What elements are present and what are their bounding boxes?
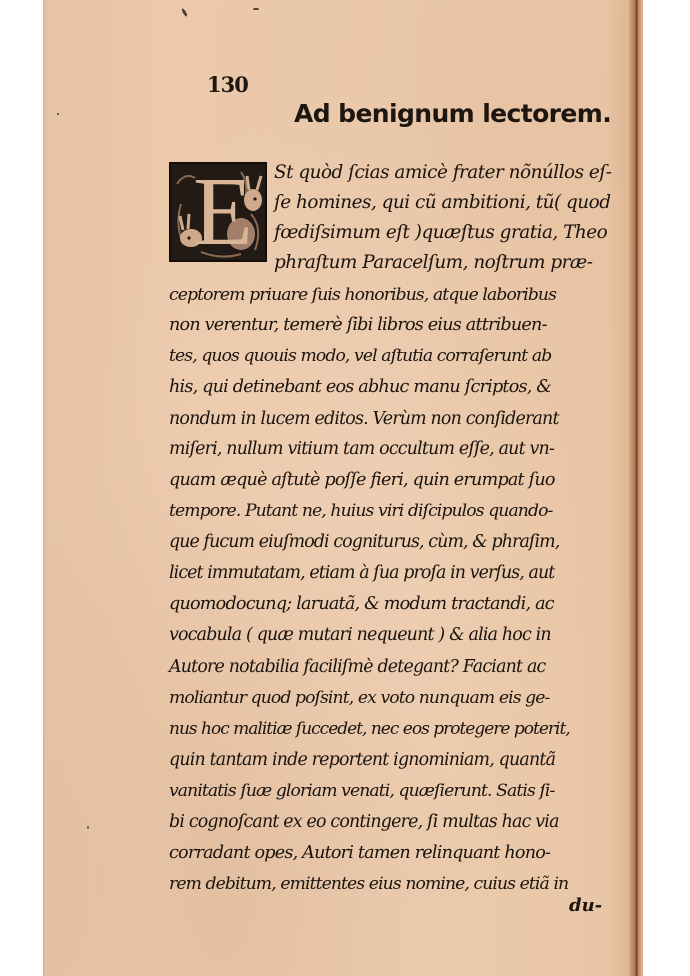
page-heading: Ad benignum lectorem. [294,99,611,128]
text-line: miſeri, nullum vitium tam occultum eſſe,… [169,434,554,464]
text-line: que fucum eiuſmodi cogniturus, cùm, & ph… [169,527,559,557]
scan-viewport: 130 Ad benignum lectorem. E St quòd ſcia… [0,0,690,976]
page-right-edge [629,0,643,976]
text-line: rem debitum, emittentes eius nomine, cui… [169,869,568,899]
paper-speck [57,113,59,115]
text-line: ſe homines, qui cũ ambitioni, tũ( quod [274,188,611,218]
paper-speck [87,826,89,829]
text-line: licet immutatam, etiam à ſua proſa in ve… [169,558,554,588]
text-line: corradant opes, Autori tamen relinquant … [169,838,550,868]
page-number: 130 [207,72,248,97]
text-line: nus hoc malitiæ ſuccedet, nec eos proteg… [169,714,570,744]
text-line: quin tantam inde reportent ignominiam, q… [169,745,555,775]
catchword: du- [569,895,602,916]
text-line: tempore. Putant ne, huius viri diſcipulo… [169,496,552,526]
text-line: ceptorem priuare ſuis honoribus, atque l… [169,280,556,310]
text-line: his, qui detinebant eos abhuc manu ſcrip… [169,372,551,402]
drop-cap-letter: E [193,162,253,262]
text-line: Autore notabilia faciliſmè detegant? Fac… [169,652,545,682]
text-line: quam æquè aſtutè poſſe fieri, quin erump… [169,465,555,495]
drop-cap-initial: E [169,162,267,262]
paper-speck [181,8,188,17]
text-line: bi cognoſcant ex eo contingere, ſi multa… [169,807,559,837]
text-line: quomodocunq; laruatã, & modum tractandi,… [169,589,554,619]
page-left-edge [43,0,47,976]
text-line: moliantur quod poſsint, ex voto nunquam … [169,683,549,713]
text-line: vanitatis ſuæ gloriam venati, quæſierunt… [169,776,554,806]
text-line: nondum in lucem editos. Verùm non conſid… [169,404,559,434]
text-line: fœdiſsimum eſt )quæſtus gratia, Theo [274,218,607,248]
text-line: vocabula ( quæ mutari nequeunt ) & alia … [169,620,551,650]
text-line: tes, quos quouis modo, vel aſtutia corra… [169,341,551,371]
paper-speck [253,8,259,10]
text-line: non verentur, temerè ſibi libros eius at… [169,310,547,340]
text-line: St quòd ſcias amicè frater nõnúllos eſ- [274,158,611,188]
text-line: phraſtum Paracelſum, noſtrum præ- [274,248,592,278]
